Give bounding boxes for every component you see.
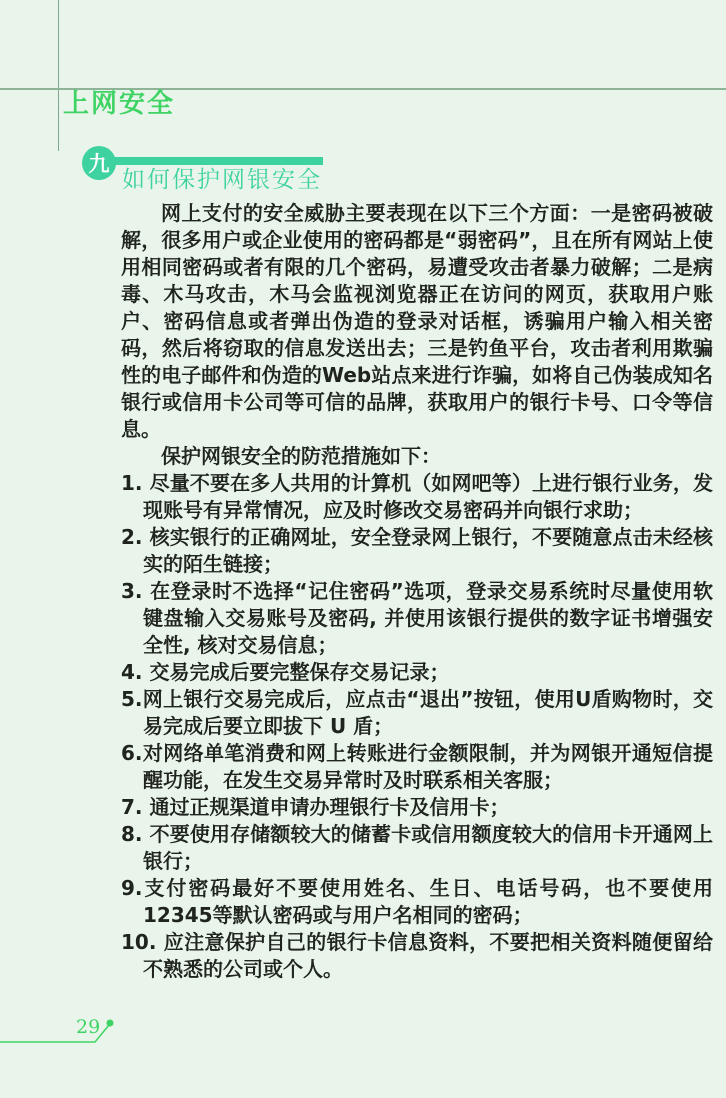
measure-item: 7. 通过正规渠道申请办理银行卡及信用卡； — [121, 794, 713, 821]
intro-paragraph: 网上支付的安全威胁主要表现在以下三个方面：一是密码被破解，很多用户或企业使用的密… — [121, 200, 713, 443]
measure-item: 8. 不要使用存储额较大的储蓄卡或信用额度较大的信用卡开通网上银行； — [121, 821, 713, 875]
measure-number: 10. — [121, 930, 164, 954]
document-page: 上网安全 九 如何保护网银安全 网上支付的安全威胁主要表现在以下三个方面：一是密… — [0, 0, 726, 1098]
measure-number: 8. — [121, 822, 150, 846]
measure-number: 9. — [121, 876, 143, 900]
measure-number: 6. — [121, 741, 143, 765]
section-title: 如何保护网银安全 — [122, 167, 322, 193]
measure-item: 9.支付密码最好不要使用姓名、生日、电话号码，也不要使用12345等默认密码或与… — [121, 875, 713, 929]
measure-number: 2. — [121, 525, 150, 549]
measure-number: 1. — [121, 471, 150, 495]
measure-text: 对网络单笔消费和网上转账进行金额限制，并为网银开通短信提醒功能，在发生交易异常时… — [143, 741, 713, 792]
section-number: 九 — [89, 148, 110, 178]
measure-item: 2. 核实银行的正确网址，安全登录网上银行，不要随意点击未经核实的陌生链接； — [121, 524, 713, 578]
measure-item: 3. 在登录时不选择“记住密码”选项，登录交易系统时尽量使用软键盘输入交易账号及… — [121, 578, 713, 659]
footer-decoration-line — [0, 1012, 130, 1052]
measure-item: 4. 交易完成后要完整保存交易记录； — [121, 659, 713, 686]
measure-text: 交易完成后要完整保存交易记录； — [149, 660, 449, 684]
measures-list: 1. 尽量不要在多人共用的计算机（如网吧等）上进行银行业务，发现账号有异常情况，… — [121, 470, 713, 983]
top-left-vertical-rule — [58, 0, 59, 151]
measure-number: 7. — [121, 795, 149, 819]
measure-item: 1. 尽量不要在多人共用的计算机（如网吧等）上进行银行业务，发现账号有异常情况，… — [121, 470, 713, 524]
chapter-title: 上网安全 — [63, 90, 175, 119]
measure-number: 3. — [121, 579, 150, 603]
measure-text: 支付密码最好不要使用姓名、生日、电话号码，也不要使用12345等默认密码或与用户… — [143, 876, 713, 927]
page-number: 29 — [76, 1017, 100, 1038]
measure-item: 5.网上银行交易完成后，应点击“退出”按钮，使用U盾购物时，交易完成后要立即拔下… — [121, 686, 713, 740]
measure-text: 网上银行交易完成后，应点击“退出”按钮，使用U盾购物时，交易完成后要立即拔下 U… — [143, 687, 713, 738]
footer-dot-icon — [107, 1020, 114, 1027]
measures-intro: 保护网银安全的防范措施如下： — [121, 443, 713, 470]
measure-item: 6.对网络单笔消费和网上转账进行金额限制，并为网银开通短信提醒功能，在发生交易异… — [121, 740, 713, 794]
measure-text: 核实银行的正确网址，安全登录网上银行，不要随意点击未经核实的陌生链接； — [143, 525, 713, 576]
measure-text: 在登录时不选择“记住密码”选项，登录交易系统时尽量使用软键盘输入交易账号及密码,… — [143, 579, 713, 657]
measure-text: 不要使用存储额较大的储蓄卡或信用额度较大的信用卡开通网上银行； — [143, 822, 713, 873]
measure-text: 通过正规渠道申请办理银行卡及信用卡； — [149, 795, 509, 819]
body-text-block: 网上支付的安全威胁主要表现在以下三个方面：一是密码被破解，很多用户或企业使用的密… — [121, 200, 713, 983]
measure-text: 尽量不要在多人共用的计算机（如网吧等）上进行银行业务，发现账号有异常情况，应及时… — [143, 471, 713, 522]
measure-item: 10. 应注意保护自己的银行卡信息资料，不要把相关资料随便留给不熟悉的公司或个人… — [121, 929, 713, 983]
measure-number: 4. — [121, 660, 149, 684]
measure-text: 应注意保护自己的银行卡信息资料，不要把相关资料随便留给不熟悉的公司或个人。 — [143, 930, 713, 981]
section-divider-bar — [111, 157, 323, 165]
measure-number: 5. — [121, 687, 143, 711]
